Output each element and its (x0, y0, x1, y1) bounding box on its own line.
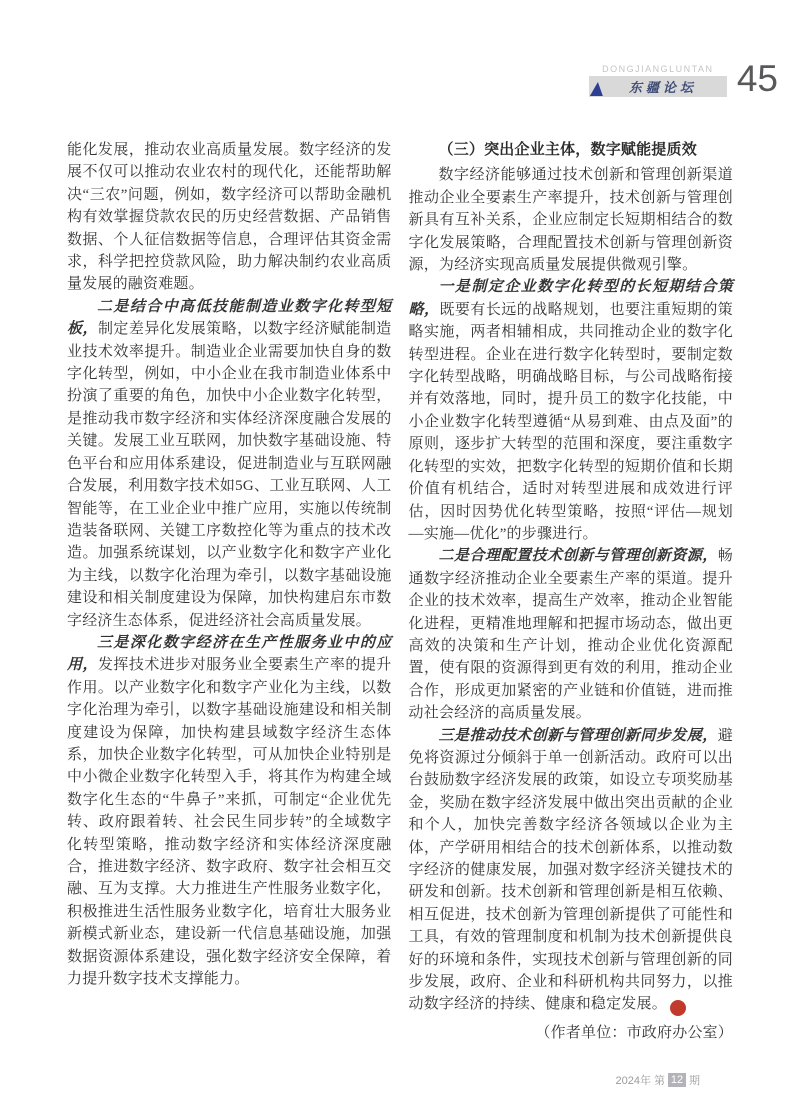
article-end-seal-icon: 完 (670, 1000, 686, 1016)
document-page: DONGJIANGLUNTAN 东疆论坛 45 能化发展，推动农业高质量发展。数… (0, 0, 800, 1118)
paragraph-point-three: 三是深化数字经济在生产性服务业中的应用，发挥技术进步对服务业全要素生产率的提升作… (67, 632, 392, 991)
left-column: 能化发展，推动农业高质量发展。数字经济的发展不仅可以推动农业农村的现代化，还能帮… (67, 139, 392, 1045)
journal-name-english: DONGJIANGLUNTAN (589, 64, 727, 74)
right-column: （三）突出企业主体，数字赋能提质效 数字经济能够通过技术创新和管理创新渠道推动企… (409, 139, 734, 1045)
paragraph-text: 制定差异化发展策略，以数字经济赋能制造业技术效率提升。制造业企业需要加快自身的数… (67, 321, 392, 628)
page-number: 45 (737, 60, 778, 97)
footer-issue-suffix: 期 (689, 1072, 700, 1088)
paragraph-intro: 数字经济能够通过技术创新和管理创新渠道推动企业全要素生产率提升，技术创新与管理创… (409, 164, 734, 276)
article-body: 能化发展，推动农业高质量发展。数字经济的发展不仅可以推动农业农村的现代化，还能帮… (67, 139, 733, 1045)
paragraph-point-three: 三是推动技术创新与管理创新同步发展，避免将资源过分倾斜于单一创新活动。政府可以出… (409, 725, 734, 1017)
footer-year: 2024年 (616, 1072, 651, 1088)
paragraph-lead: 三是推动技术创新与管理创新同步发展， (439, 728, 718, 744)
paragraph-point-two: 二是结合中高低技能制造业数字化转型短板，制定差异化发展策略，以数字经济赋能制造业… (67, 296, 392, 632)
section-heading: （三）突出企业主体，数字赋能提质效 (409, 139, 734, 161)
page-header: DONGJIANGLUNTAN 东疆论坛 45 (589, 58, 778, 97)
paragraph-text: 发挥技术进步对服务业全要素生产率的提升作用。以产业数字化和数字产业化为主线，以数… (67, 657, 392, 987)
journal-name-chinese: 东疆论坛 (619, 77, 697, 96)
page-footer: 2024年 第 12 期 (616, 1072, 700, 1088)
journal-masthead: DONGJIANGLUNTAN 东疆论坛 (589, 64, 727, 97)
paragraph-point-two: 二是合理配置技术创新与管理创新资源，畅通数字经济推动企业全要素生产率的渠道。提升… (409, 545, 734, 724)
paragraph-text: 能化发展，推动农业高质量发展。数字经济的发展不仅可以推动农业农村的现代化，还能帮… (67, 142, 392, 292)
paragraph-point-one: 一是制定企业数字化转型的长短期结合策略，既要有长远的战略规划，也要注重短期的策略… (409, 276, 734, 545)
paragraph-text: 避免将资源过分倾斜于单一创新活动。政府可以出台鼓励数字经济发展的政策，如设立专项… (409, 728, 734, 1013)
paragraph-text: 既要有长远的战略规划，也要注重短期的策略实施，两者相辅相成，共同推动企业的数字化… (409, 302, 734, 542)
footer-issue-prefix: 第 (654, 1072, 665, 1088)
author-affiliation: （作者单位：市政府办公室） (409, 1022, 734, 1044)
journal-title-bar: 东疆论坛 (589, 76, 727, 97)
footer-issue-number: 12 (668, 1073, 686, 1087)
paragraph-lead: 二是合理配置技术创新与管理创新资源， (439, 548, 718, 564)
journal-logo-triangle-icon (590, 82, 603, 96)
paragraph-text: 数字经济能够通过技术创新和管理创新渠道推动企业全要素生产率提升，技术创新与管理创… (409, 167, 734, 273)
paragraph-text: 畅通数字经济推动企业全要素生产率的渠道。提升企业的技术效率，提高生产效率，推动企… (409, 548, 734, 721)
paragraph-continuation: 能化发展，推动农业高质量发展。数字经济的发展不仅可以推动农业农村的现代化，还能帮… (67, 139, 392, 296)
